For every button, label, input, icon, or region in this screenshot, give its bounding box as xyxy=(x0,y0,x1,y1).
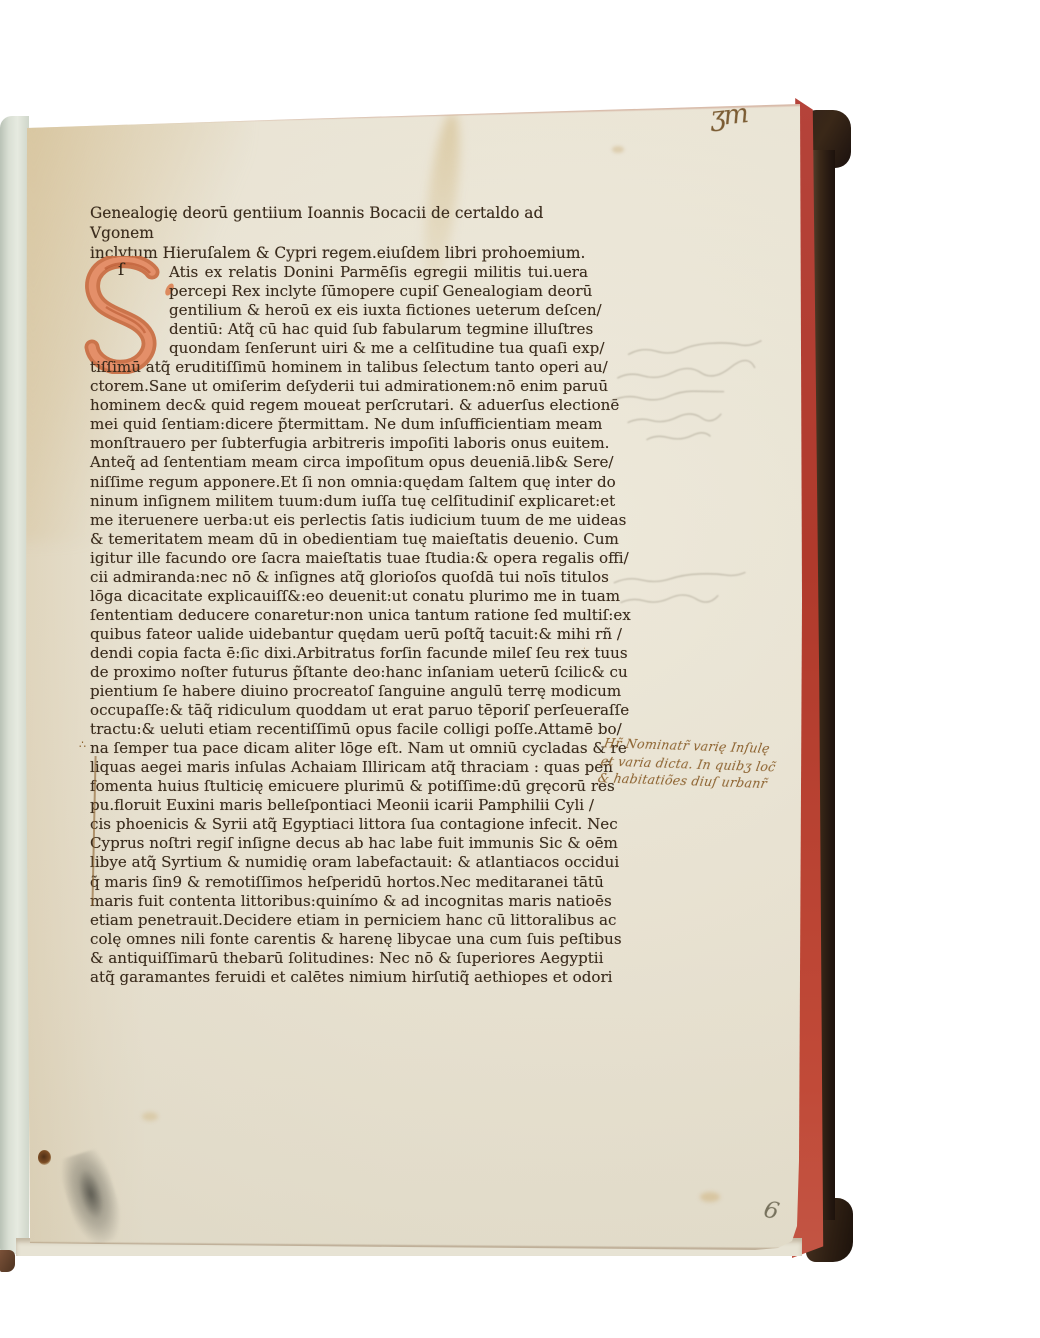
text-line: & temeritatem meam dū in obedientiam tuę… xyxy=(90,530,588,549)
text-line: ctorem.Sane ut omiſerim deſyderii tui ad… xyxy=(90,377,588,396)
text-line: occupaſſe:& tāq̃ ridiculum quoddam ut er… xyxy=(90,701,588,720)
faded-marginalia-upper xyxy=(600,328,835,453)
text-line: q̃ maris ſin9 & remotiſſimos heſperidū h… xyxy=(90,873,588,892)
stain-speck xyxy=(612,146,624,153)
text-line: cis phoenicis & Syrii atq̃ Egyptiaci lit… xyxy=(90,815,588,834)
text-line: hominem dec& quid regem moueat perſcruta… xyxy=(90,396,588,415)
text-line: pu.floruit Euxini maris belleſpontiaci M… xyxy=(90,796,588,815)
text-line: Atis ex relatis Donini Parmēſis egregii … xyxy=(169,263,588,282)
text-column: Atis ex relatis Donini Parmēſis egregii … xyxy=(90,263,588,987)
text-line: percepi Rex inclyte ſūmopere cupiſ Genea… xyxy=(169,282,588,301)
stain-speck xyxy=(142,1112,158,1121)
heading-line: Genealogię deorū gentiium Ioannis Bocaci… xyxy=(90,203,590,243)
text-line: lōga dicacitate explicauiſſ&:eo deuenit:… xyxy=(90,587,588,606)
text-line: quibus fateor ualide uidebantur quędam u… xyxy=(90,625,588,644)
facing-cover-edge xyxy=(0,116,29,1254)
text-line: Anteq̃ ad ſententiam meam circa impoſitu… xyxy=(90,453,588,472)
text-line: me iteruenere uerba:ut eis perlectis ſat… xyxy=(90,511,588,530)
owner-mark: ʒm xyxy=(708,98,748,133)
text-line: colę omnes nili fonte carentis & harenę … xyxy=(90,930,588,949)
text-line: mei quid ſentiam:dicere p̃termittam. Ne … xyxy=(90,415,588,434)
faded-marginalia-lower xyxy=(598,562,803,617)
text-line: igitur ille facundo ore ſacra maieſtatis… xyxy=(90,549,588,568)
text-line: etiam penetrauit.Decidere etiam in perni… xyxy=(90,911,588,930)
text-line: cii admiranda:nec nō & inſignes atq̃ glo… xyxy=(90,568,588,587)
wormhole xyxy=(38,1150,51,1165)
text-line: dendi copia facta ē:ſic dixi.Arbitratus … xyxy=(90,644,588,663)
text-line: pientium ſe habere diuino procreatoſ ſan… xyxy=(90,682,588,701)
board-foot xyxy=(0,1250,15,1272)
text-line: de proximo noſter futurus p̃ſtante deo:h… xyxy=(90,663,588,682)
text-line: dentiū: Atq̃ cū hac quid ſub fabularum t… xyxy=(169,320,588,339)
text-line: liquas aegei maris inſulas Achaiam Illir… xyxy=(90,758,588,777)
text-line: fomenta huius ſtulticię emicuere plurimū… xyxy=(90,777,588,796)
text-line: & antiquiſſimarū thebarū ſolitudines: Ne… xyxy=(90,949,588,968)
page-top-edge xyxy=(27,103,803,127)
text-line: atq̃ garamantes feruidi et calētes nimiu… xyxy=(90,968,588,987)
incipit-heading: Genealogię deorū gentiium Ioannis Bocaci… xyxy=(90,203,590,263)
text-line: libye atq̃ Syrtium & numidię oram labefa… xyxy=(90,853,588,872)
nota-mark: ∴ xyxy=(79,738,86,751)
marginal-note: Hr̃ Nominatr̃ varię Inſulę et varia dict… xyxy=(596,734,820,794)
stain-speck xyxy=(700,1192,720,1202)
text-line: tractu:& ueluti etiam recentiſſimū opus … xyxy=(90,720,588,739)
text-line: gentilium & heroū ex eis iuxta fictiones… xyxy=(169,301,588,320)
text-line: na ſemper tua pace dicam aliter lōge eſt… xyxy=(90,739,588,758)
photograph-canvas: Genealogię deorū gentiium Ioannis Bocaci… xyxy=(0,0,1040,1338)
text-line: monſtrauero per ſubterfugia arbitreris i… xyxy=(90,434,588,453)
text-line: niſſime regum apponere.Et ſi non omnia:q… xyxy=(90,473,588,492)
text-line: Cyprus noſtri regiſ inſigne decus ab hac… xyxy=(90,834,588,853)
book-page: Genealogię deorū gentiium Ioannis Bocaci… xyxy=(0,0,1040,1338)
folio-number: 6 xyxy=(761,1197,781,1226)
text-line: tiſſimū atq̃ eruditiſſimū hominem in tal… xyxy=(90,358,588,377)
text-line: ninum inſignem militem tuum:dum iuſſa tu… xyxy=(90,492,588,511)
text-line: ſententiam deducere conaretur:non unica … xyxy=(90,606,588,625)
text-line: maris fuit contenta littoribus:quinímo &… xyxy=(90,892,588,911)
text-line: quondam ſenſerunt uiri & me a celſitudin… xyxy=(169,339,588,358)
